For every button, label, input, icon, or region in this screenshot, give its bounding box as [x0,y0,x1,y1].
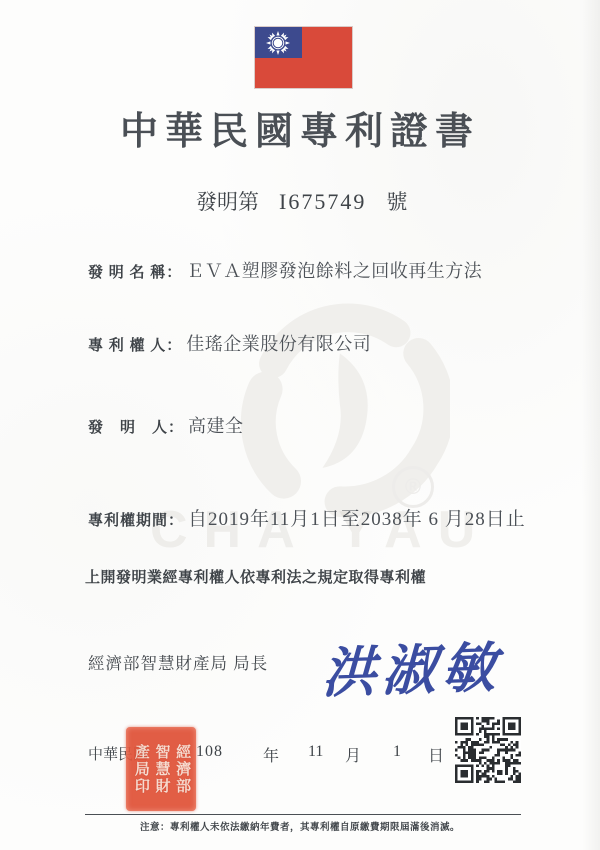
registered-trademark-icon: ® [392,466,434,508]
field-value: ＥＶＡ塑膠發泡餘料之回收再生方法 [186,257,482,283]
footer-divider [85,814,521,815]
field-patent-term: 專利權期間： 自2019年11月1日至2038年 6 月28日止 [88,504,526,531]
field-label: 發 明 人： [88,416,184,437]
date-month: 11 [308,743,323,761]
patent-number-suffix: 號 [386,186,407,216]
date-day-unit: 日 [428,743,444,766]
field-value: 自2019年11月1日至2038年 6 月28日止 [188,504,526,531]
field-label: 專利權期間： [88,509,184,530]
issuer-title: 經濟部智慧財產局 局長 [88,650,268,674]
director-general-signature: 洪淑敏 [321,625,504,708]
date-day: 1 [393,743,401,761]
field-value: 佳瑤企業股份有限公司 [186,330,371,356]
field-label: 專 利 權 人： [88,334,182,355]
flag-sun-icon [265,30,291,56]
date-month-unit: 月 [345,743,361,766]
patent-number-line: 發明第 I675749 號 [196,186,407,216]
grant-statement: 上開發明業經專利權人依專利法之規定取得專利權 [85,566,426,587]
seal-column: 產局印 [133,732,148,806]
field-invention-name: 發 明 名 稱： ＥＶＡ塑膠發泡餘料之回收再生方法 [88,257,482,283]
patent-number-prefix: 發明第 [196,186,259,216]
watermark-logo [240,292,450,517]
patent-number: I675749 [279,189,366,215]
official-seal: 經濟部 智慧財 產局印 [126,727,196,811]
footer-note: 注意：專利權人未依法繳納年費者，其專利權自原繳費期限屆滿後消滅。 [0,819,600,833]
qr-code [455,716,521,784]
date-year-unit: 年 [263,743,279,766]
seal-column: 智慧財 [153,732,168,806]
date-year: 108 [196,743,223,761]
roc-national-flag-icon [255,27,352,88]
seal-column: 經濟部 [174,732,189,806]
field-value: 高建全 [188,412,244,438]
certificate-title: 中華民國專利證書 [0,100,600,155]
field-inventor: 發 明 人： 高建全 [88,412,244,438]
field-label: 發 明 名 稱： [88,261,182,282]
field-patentee: 專 利 權 人： 佳瑤企業股份有限公司 [88,330,371,356]
